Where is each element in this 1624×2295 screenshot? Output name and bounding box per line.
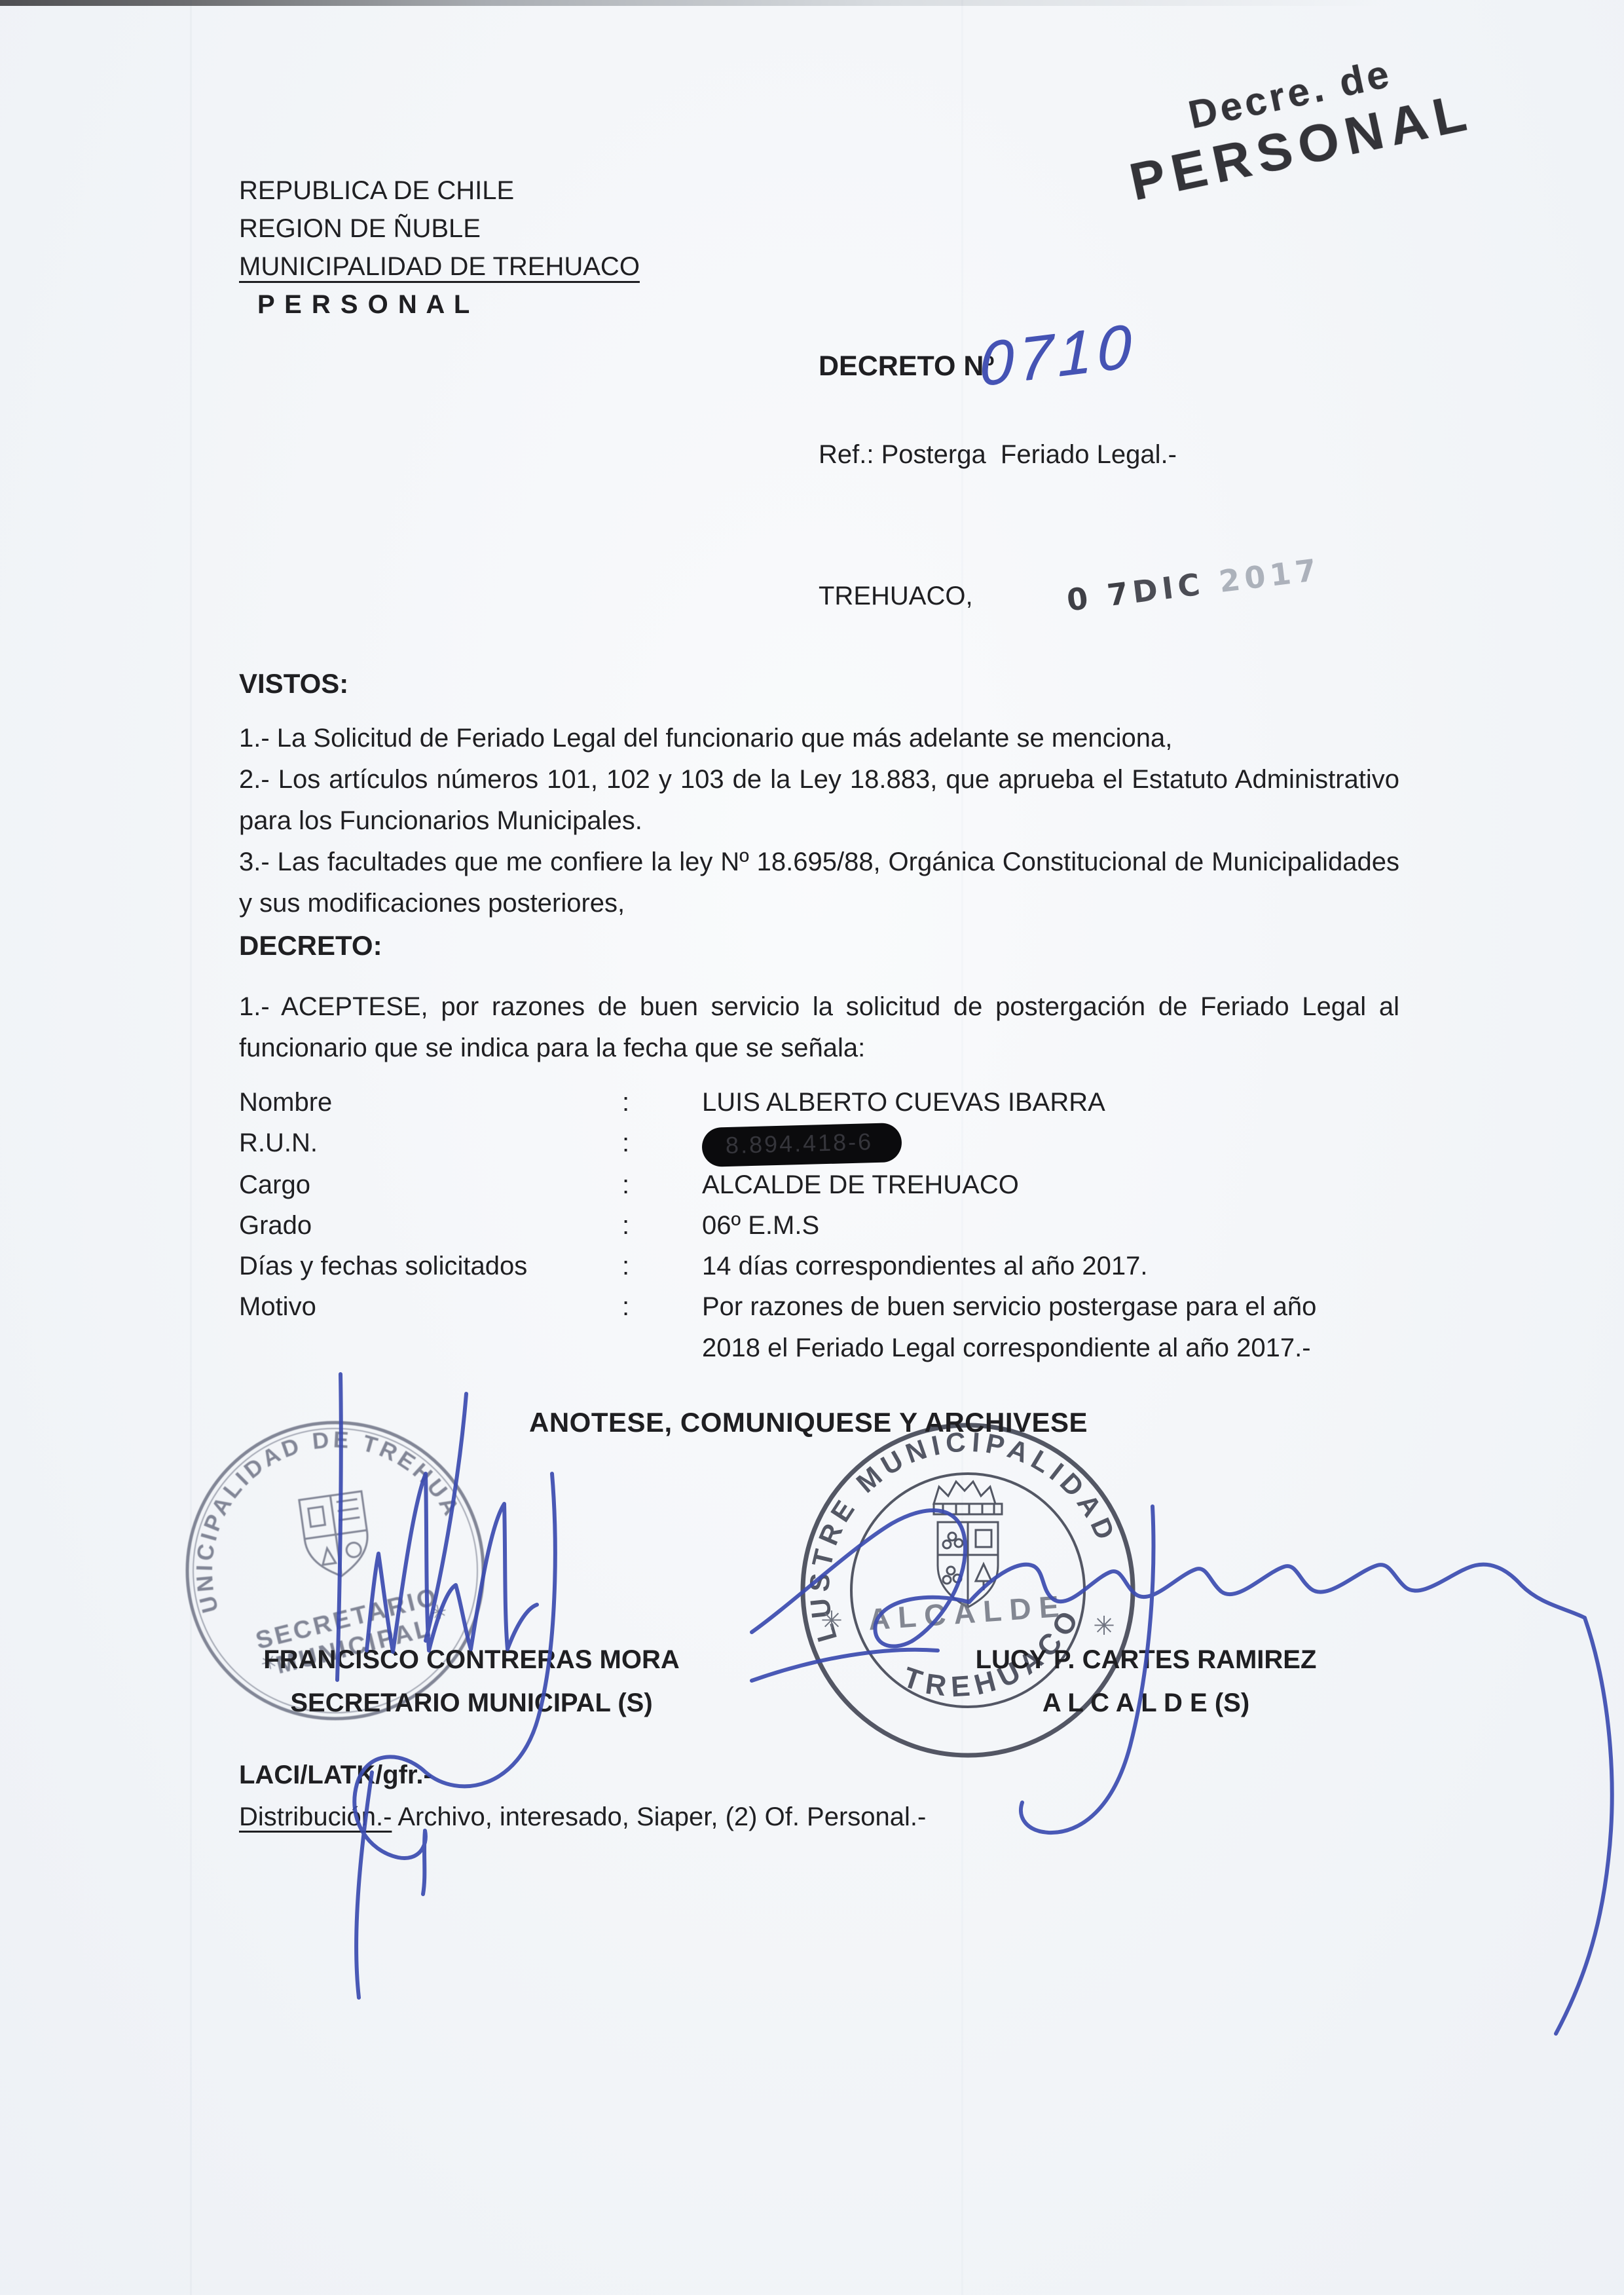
seal-star-icon: ✳ bbox=[821, 1607, 843, 1635]
date-stamp: 0 7DIC 2017 bbox=[1065, 551, 1323, 618]
field-value: 14 días correspondientes al año 2017. bbox=[702, 1246, 1334, 1286]
closing-order-line: ANOTESE, COMUNIQUESE Y ARCHIVESE bbox=[529, 1407, 1088, 1438]
vistos-item-3: 3.- Las facultades que me confiere la le… bbox=[239, 842, 1399, 924]
vistos-item-2: 2.- Los artículos números 101, 102 y 103… bbox=[239, 759, 1399, 842]
seal-center-text: ALCALDE bbox=[867, 1588, 1068, 1636]
left-signer-name: FRANCISCO CONTRERAS MORA bbox=[242, 1645, 701, 1675]
field-value: ALCALDE DE TREHUACO bbox=[702, 1165, 1334, 1205]
field-separator: : bbox=[622, 1205, 702, 1246]
left-signer-title: SECRETARIO MUNICIPAL (S) bbox=[242, 1689, 701, 1718]
initials-line: LACI/LATK/gfr.- bbox=[239, 1761, 432, 1790]
field-label: Motivo bbox=[239, 1286, 622, 1369]
secretario-municipal-seal: I. MUNICIPALIDAD DE TREHUACO SECRETARIO … bbox=[172, 1407, 499, 1734]
date-stamp-year: 2017 bbox=[1217, 551, 1323, 599]
field-label: R.U.N. bbox=[239, 1123, 622, 1165]
field-label: Nombre bbox=[239, 1082, 622, 1123]
distribution-label: Distribución.- bbox=[239, 1802, 392, 1831]
date-stamp-month: DIC bbox=[1130, 566, 1206, 610]
scan-fold-line bbox=[190, 0, 192, 2295]
place-line: TREHUACO, bbox=[819, 582, 973, 611]
decree-number-handwritten: 0710 bbox=[980, 310, 1136, 400]
field-separator: : bbox=[622, 1123, 702, 1165]
right-signer-name: LUCY P. CARTES RAMIREZ bbox=[923, 1645, 1369, 1675]
field-value: Por razones de buen servicio postergase … bbox=[702, 1286, 1334, 1369]
field-value: 06º E.M.S bbox=[702, 1205, 1334, 1246]
decreto-heading: DECRETO: bbox=[239, 930, 382, 961]
letterhead-department: P E R S O N A L bbox=[239, 286, 640, 324]
field-separator: : bbox=[622, 1246, 702, 1286]
right-signer-title: A L C A L D E (S) bbox=[923, 1689, 1369, 1718]
seal-star-icon: ✳ bbox=[1093, 1612, 1115, 1641]
decree-number-label: DECRETO Nº bbox=[819, 350, 994, 382]
distribution-list: Archivo, interesado, Siaper, (2) Of. Per… bbox=[392, 1802, 926, 1831]
letterhead-country: REPUBLICA DE CHILE bbox=[239, 172, 640, 210]
scan-edge-artifact bbox=[0, 0, 1624, 6]
vistos-items: 1.- La Solicitud de Feriado Legal del fu… bbox=[239, 718, 1399, 924]
vistos-item-1: 1.- La Solicitud de Feriado Legal del fu… bbox=[239, 718, 1399, 759]
letterhead-region: REGION DE ÑUBLE bbox=[239, 210, 640, 248]
distribution-line: Distribución.- Archivo, interesado, Siap… bbox=[239, 1802, 926, 1832]
field-separator: : bbox=[622, 1082, 702, 1123]
scanned-decree-page: REPUBLICA DE CHILE REGION DE ÑUBLE MUNIC… bbox=[0, 0, 1624, 2295]
letterhead: REPUBLICA DE CHILE REGION DE ÑUBLE MUNIC… bbox=[239, 172, 640, 324]
field-separator: : bbox=[622, 1286, 702, 1369]
field-label: Cargo bbox=[239, 1165, 622, 1205]
seal-star-icon: ✳ bbox=[428, 1600, 449, 1625]
request-fields-table: Nombre : LUIS ALBERTO CUEVAS IBARRA R.U.… bbox=[239, 1082, 1392, 1369]
field-label: Días y fechas solicitados bbox=[239, 1246, 622, 1286]
vistos-heading: VISTOS: bbox=[239, 668, 348, 700]
field-value: LUIS ALBERTO CUEVAS IBARRA bbox=[702, 1082, 1334, 1123]
decreto-paragraph: 1.- ACEPTESE, por razones de buen servic… bbox=[239, 986, 1399, 1069]
field-label: Grado bbox=[239, 1205, 622, 1246]
letterhead-municipality: MUNICIPALIDAD DE TREHUACO bbox=[239, 248, 640, 286]
personal-decree-stamp: Decre. de PERSONAL bbox=[1077, 28, 1516, 221]
date-stamp-day: 0 7 bbox=[1065, 575, 1135, 618]
reference-line: Ref.: Posterga Feriado Legal.- bbox=[819, 440, 1177, 470]
field-separator: : bbox=[622, 1165, 702, 1205]
redacted-run-value: 8.894.418-6 bbox=[701, 1123, 902, 1167]
